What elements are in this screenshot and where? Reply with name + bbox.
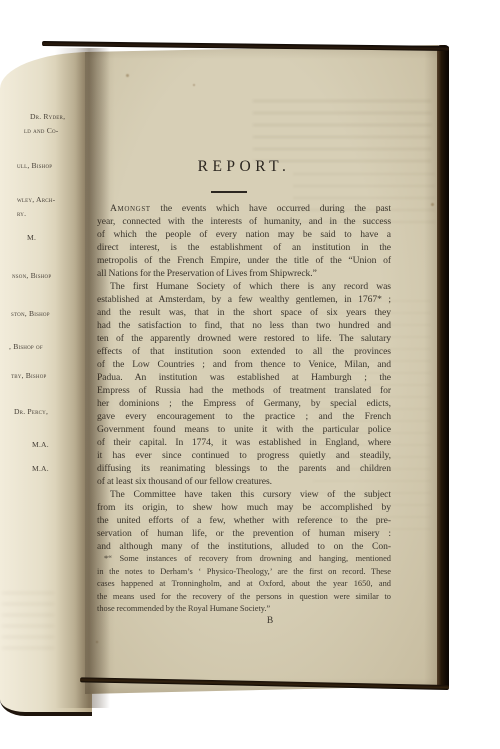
body-line: effects of that institution soon extende… xyxy=(97,345,391,358)
facing-page-text-fragment: ston, Bishop xyxy=(11,309,50,318)
facing-page-text-fragment: Dr. Ryder, xyxy=(30,112,65,121)
footnote-line: cases happened at Tronningholm, and at O… xyxy=(97,578,391,591)
body-line: had the satisfaction to find, that no le… xyxy=(97,319,391,332)
facing-page-text-fragment: ry. xyxy=(17,209,26,218)
page-title: REPORT. xyxy=(97,158,391,176)
body-line: year, connected with the interests of hu… xyxy=(97,215,391,228)
footnote-line: the means used for the recovery of the p… xyxy=(97,591,391,604)
foxing-spot xyxy=(96,641,98,643)
facing-page-edge: Dr. Ryder,ld and Co-ull, Bishopwley, Arc… xyxy=(0,52,92,716)
body-text: Amongst the events which have occurred d… xyxy=(97,202,391,553)
body-line: The first Humane Society of which there … xyxy=(97,280,391,293)
facing-page-text-fragment: Dr. Percy, xyxy=(14,407,48,416)
footnote-line: *“ Some instances of recovery from drown… xyxy=(97,553,391,566)
footnote-text: *“ Some instances of recovery from drown… xyxy=(97,553,391,616)
body-line: her dominions ; the Empress of Germany, … xyxy=(97,397,391,410)
body-line: and although many of the institutions, a… xyxy=(97,540,391,553)
body-line: of at least six thousand of our fellow c… xyxy=(97,475,391,488)
body-line: established at Amsterdam, by a few wealt… xyxy=(97,293,391,306)
body-line: all Nations for the Preservation of Live… xyxy=(97,267,391,280)
report-page: REPORT. Amongst the events which have oc… xyxy=(85,45,438,696)
body-line: metropolis of the French Empire, under t… xyxy=(97,254,391,267)
body-line: from its origin, to shew how much may be… xyxy=(97,501,391,514)
body-line: of their capital. In 1774, it was establ… xyxy=(97,436,391,449)
body-line: diffusing its reanimating blessings to t… xyxy=(97,462,391,475)
facing-page-text-fragment: tby, Bishop xyxy=(11,371,47,380)
body-line: and the result was, that in the short sp… xyxy=(97,306,391,319)
body-line: Government found means to unite it with … xyxy=(97,423,391,436)
body-line: ten of the apparently drowned were resto… xyxy=(97,332,391,345)
facing-page-text-fragment: , Bishop of xyxy=(9,342,43,351)
title-rule xyxy=(211,191,247,193)
footnote-line: in the notes to Derham’s ‘ Physico-Theol… xyxy=(97,566,391,579)
body-line: of which the people of every nation may … xyxy=(97,228,391,241)
foxing-spot xyxy=(126,74,129,77)
facing-page-text-fragment: M. xyxy=(27,233,36,242)
footnote-line: those recommended by the Royal Humane So… xyxy=(97,603,391,616)
body-line: The Committee have taken this cursory vi… xyxy=(97,488,391,501)
facing-page-showthrough xyxy=(2,592,54,656)
body-line: Amongst the events which have occurred d… xyxy=(97,202,391,215)
foxing-spot xyxy=(193,84,195,86)
signature-mark: B xyxy=(262,616,278,626)
body-line: Empress of Russia had the methods of tre… xyxy=(97,384,391,397)
book-photo: Dr. Ryder,ld and Co-ull, Bishopwley, Arc… xyxy=(0,0,500,749)
facing-page-text-fragment: M.A. xyxy=(32,464,49,473)
body-line: gave every encouragement to the practice… xyxy=(97,410,391,423)
body-line: of the Low Countries ; and from thence t… xyxy=(97,358,391,371)
foxing-spot xyxy=(431,203,434,206)
body-line: the united efforts of a few, whether wit… xyxy=(97,514,391,527)
facing-page-text-fragment: ull, Bishop xyxy=(17,161,52,170)
facing-page-text-fragment: ld and Co- xyxy=(24,126,59,135)
body-line: Padua. An institution was established at… xyxy=(97,371,391,384)
body-line: direct interest, is the establishment of… xyxy=(97,241,391,254)
body-line: servation of human life, or the preventi… xyxy=(97,527,391,540)
facing-page-text-fragment: nson, Bishop xyxy=(12,271,51,280)
book-cover-spine-edge xyxy=(437,45,449,688)
facing-page-text-fragment: M.A. xyxy=(32,440,49,449)
body-line: it has ever since continued to progress … xyxy=(97,449,391,462)
lead-word: Amongst xyxy=(110,203,151,214)
facing-page-text-fragment: wley, Arch- xyxy=(17,195,55,204)
